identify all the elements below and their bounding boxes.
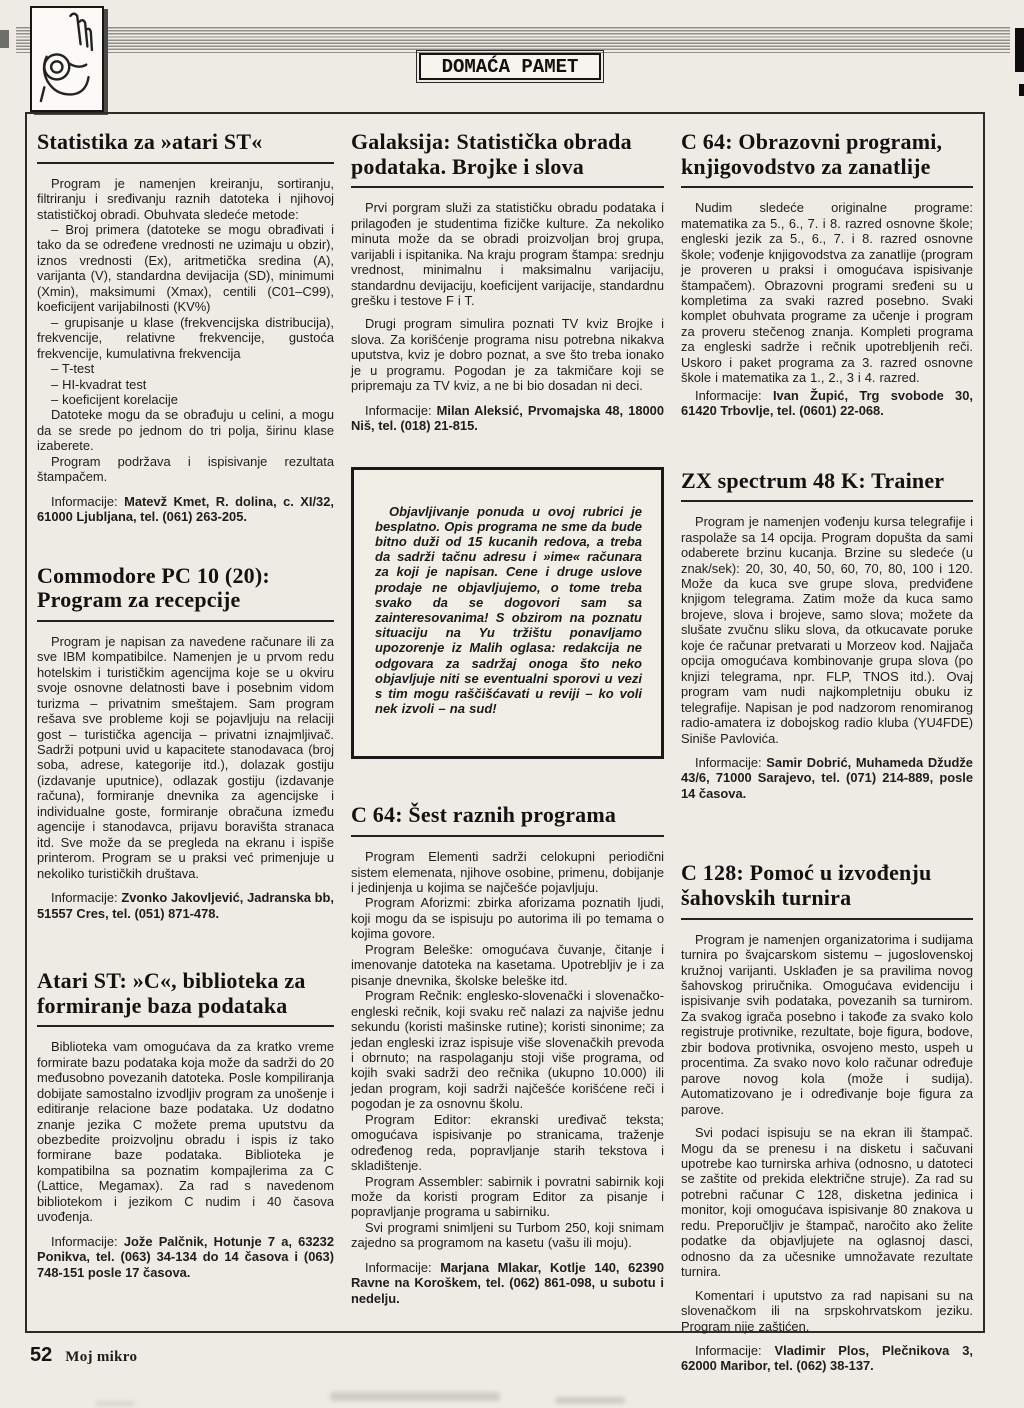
paragraph: Program Elementi sadrži celokupni period…	[351, 849, 664, 895]
content-frame: Statistika za »atari ST« Program je name…	[25, 112, 985, 1333]
section-title: DOMAĆA PAMET	[442, 56, 579, 78]
paragraph: Program je namenjen organizatorima i sud…	[681, 932, 973, 1117]
contact-info: Informacije: Zvonko Jakovljević, Jadrans…	[37, 890, 334, 921]
paragraph: Komentari i uputstvo za rad napisani su …	[681, 1288, 973, 1334]
section-title-box: DOMAĆA PAMET	[419, 53, 601, 80]
article-atari-st-c-biblioteka: Atari ST: »C«, biblioteka za formiranje …	[37, 967, 334, 1280]
contact-info: Informacije: Vladimir Plos, Plečnikova 3…	[681, 1343, 973, 1374]
contact-info: Informacije: Matevž Kmet, R. dolina, c. …	[37, 494, 334, 525]
paragraph: – Broj primera (datoteke se mogu obrađiv…	[37, 222, 334, 315]
contact-info: Informacije: Samir Dobrić, Muhameda Džud…	[681, 755, 973, 801]
article-zx-spectrum-trainer: ZX spectrum 48 K: Trainer Program je nam…	[681, 467, 973, 802]
magazine-page: DOMAĆA PAMET Statistika za »atari ST« Pr…	[0, 0, 1024, 1408]
magazine-name: Moj mikro	[65, 1349, 137, 1366]
paragraph: – HI-kvadrat test	[37, 377, 334, 392]
article-commodore-pc-recepcije: Commodore PC 10 (20): Program za recepci…	[37, 562, 334, 921]
paragraph: Program Beleške: omogućava čuvanje, čita…	[351, 942, 664, 988]
article-heading: C 64: Šest raznih programa	[351, 801, 664, 837]
paragraph: Program Assembler: sabirnik i povratni s…	[351, 1174, 664, 1220]
scan-artifact	[555, 1397, 625, 1404]
contact-info: Informacije: Ivan Župić, Trg svobode 30,…	[681, 388, 973, 419]
contact-info: Informacije: Milan Aleksić, Prvomajska 4…	[351, 403, 664, 434]
article-statistika-atari-st: Statistika za »atari ST« Program je name…	[37, 128, 334, 525]
article-c128-sahovski-turniri: C 128: Pomoć u izvođenju šahovskih turni…	[681, 859, 973, 1373]
paragraph: Program Aforizmi: zbirka aforizama pozna…	[351, 895, 664, 941]
info-label: Informacije:	[695, 755, 762, 770]
header-stripes	[16, 27, 1010, 54]
column-2: Galaksija: Statistička obrada podataka. …	[351, 128, 664, 1331]
editorial-notice-box: Objavljivanje ponuda u ovoj rubrici je b…	[351, 467, 664, 760]
scan-artifact	[330, 1392, 500, 1401]
scan-edge-mark	[1015, 28, 1024, 72]
page-number: 52	[30, 1344, 52, 1367]
article-heading: Commodore PC 10 (20): Program za recepci…	[37, 562, 334, 622]
paragraph: Svi programi snimljeni su Turbom 250, ko…	[351, 1220, 664, 1251]
article-galaksija-statistika: Galaksija: Statistička obrada podataka. …	[351, 128, 664, 434]
info-label: Informacije:	[695, 1343, 762, 1358]
scan-artifact	[95, 1401, 135, 1406]
editorial-notice-text: Objavljivanje ponuda u ovoj rubrici je b…	[375, 504, 642, 717]
paragraph: Program Rečnik: englesko-slovenački i sl…	[351, 988, 664, 1112]
column-3: C 64: Obrazovni programi, knjigovodstvo …	[681, 128, 973, 1331]
page-footer: 52 Moj mikro	[30, 1344, 137, 1367]
paragraph: Program Editor: ekranski uređivač teksta…	[351, 1112, 664, 1174]
paragraph: Svi podaci ispisuju se na ekran ili štam…	[681, 1125, 973, 1280]
paragraph: Program podržava i ispisivanje rezultata…	[37, 454, 334, 485]
scan-edge-mark	[0, 30, 9, 48]
info-label: Informacije:	[365, 1260, 432, 1275]
article-heading: Statistika za »atari ST«	[37, 128, 334, 164]
info-label: Informacije:	[51, 890, 118, 905]
hand-ok-logo-icon	[30, 6, 104, 112]
article-heading: Galaksija: Statistička obrada podataka. …	[351, 128, 664, 188]
paragraph: – T-test	[37, 361, 334, 376]
paragraph: Program je namenjen vođenju kursa telegr…	[681, 514, 973, 746]
paragraph: – koeficijent korelacije	[37, 392, 334, 407]
paragraph: – grupisanje u klase (frekvencijska dist…	[37, 315, 334, 361]
paragraph: Program je namenjen kreiranju, sortiranj…	[37, 176, 334, 222]
paragraph: Program je napisan za navedene računare …	[37, 634, 334, 881]
info-label: Informacije:	[695, 388, 762, 403]
article-heading: C 64: Obrazovni programi, knjigovodstvo …	[681, 128, 973, 188]
paragraph: Prvi porgram služi za statističku obradu…	[351, 200, 664, 308]
article-heading: ZX spectrum 48 K: Trainer	[681, 467, 973, 503]
contact-info: Informacije: Jože Palčnik, Hotunje 7 a, …	[37, 1234, 334, 1280]
scan-edge-mark	[1019, 84, 1024, 96]
paragraph: Datoteke mogu da se obrađuju u celini, a…	[37, 407, 334, 453]
article-heading: Atari ST: »C«, biblioteka za formiranje …	[37, 967, 334, 1027]
info-label: Informacije:	[51, 1234, 118, 1249]
paragraph: Nudim sledeće originalne programe: matem…	[681, 200, 973, 385]
article-heading: C 128: Pomoć u izvođenju šahovskih turni…	[681, 859, 973, 919]
info-label: Informacije:	[51, 494, 118, 509]
article-c64-obrazovni: C 64: Obrazovni programi, knjigovodstvo …	[681, 128, 973, 419]
contact-info: Informacije: Marjana Mlakar, Kotlje 140,…	[351, 1260, 664, 1306]
info-label: Informacije:	[365, 403, 432, 418]
article-c64-sest-programa: C 64: Šest raznih programa Program Eleme…	[351, 801, 664, 1306]
paragraph: Drugi program simulira poznati TV kviz B…	[351, 316, 664, 393]
column-1: Statistika za »atari ST« Program je name…	[37, 128, 334, 1331]
paragraph: Biblioteka vam omogućava da za kratko vr…	[37, 1039, 334, 1224]
